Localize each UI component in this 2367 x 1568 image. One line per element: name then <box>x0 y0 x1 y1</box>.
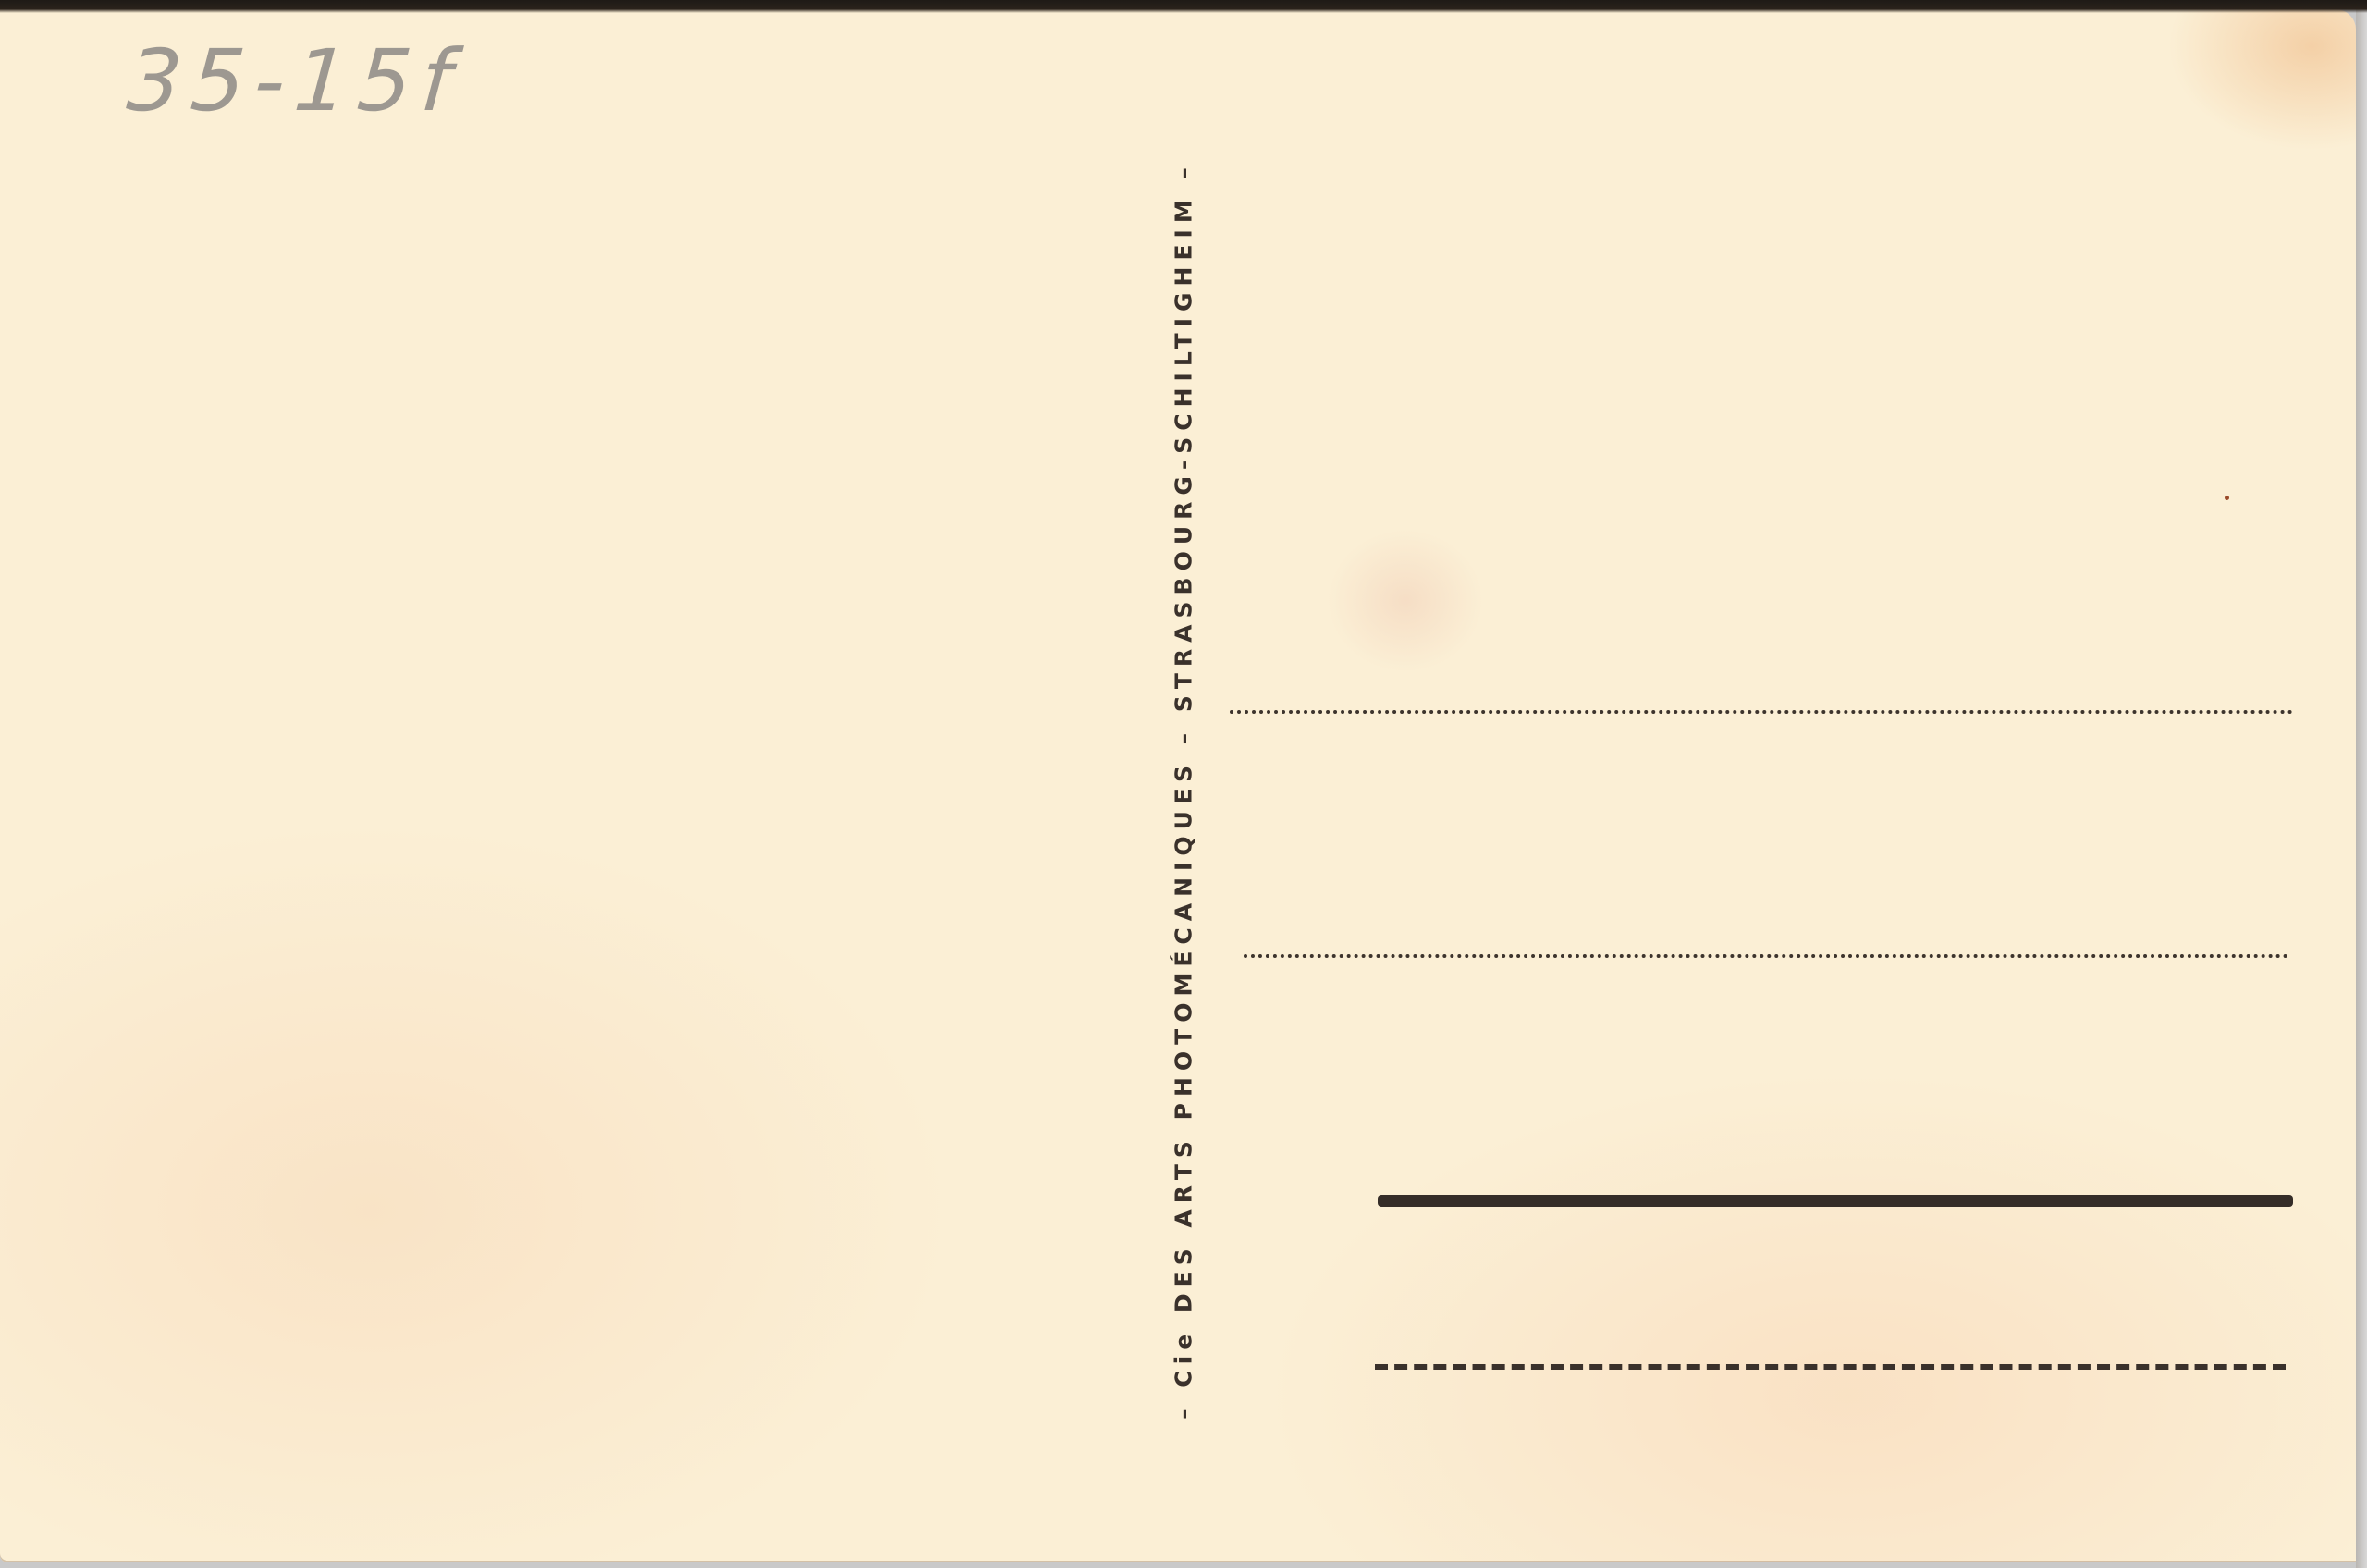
publisher-imprint-divider: – Cie DES ARTS PHOTOMÉCANIQUES – STRASBO… <box>1171 161 1197 1420</box>
address-line-3 <box>1378 1195 2293 1207</box>
address-line-1 <box>1230 710 2293 714</box>
scan-top-shadow <box>0 0 2367 13</box>
ink-speck <box>2225 496 2229 500</box>
background-edge <box>2356 0 2367 1568</box>
address-line-4 <box>1375 1364 2286 1370</box>
postcard: 35-15f – Cie DES ARTS PHOTOMÉCANIQUES – … <box>0 9 2356 1562</box>
address-line-2 <box>1244 954 2288 958</box>
handwritten-pencil-note: 35-15f <box>124 31 463 130</box>
